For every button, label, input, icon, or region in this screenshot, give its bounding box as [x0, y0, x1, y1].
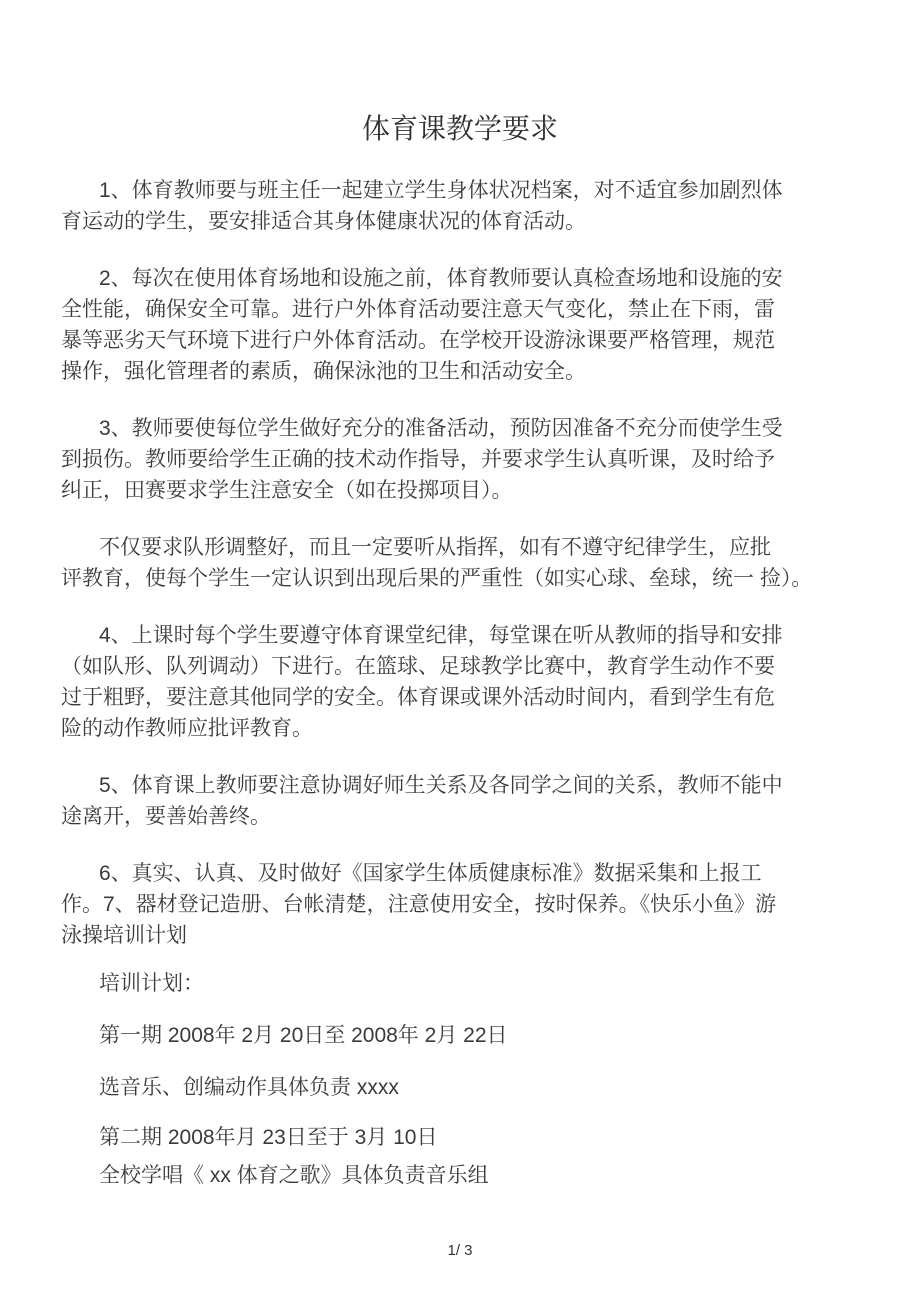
- body-paragraph-4: 不仅要求队形调整好，而且一定要听从指挥，如有不遵守纪律学生，应批 评教育，使每个…: [61, 532, 859, 594]
- body-paragraph-6: 5、体育课上教师要注意协调好师生关系及各同学之间的关系，教师不能中 途离开，要善…: [61, 770, 859, 832]
- training-plan-phase-1: 第一期 2008年 2月 20日至 2008年 2月 22日: [61, 1020, 859, 1051]
- body-paragraph-1: 1、体育教师要与班主任一起建立学生身体状况档案，对不适宜参加剧烈体 育运动的学生…: [61, 175, 859, 237]
- page-number: 1/ 3: [0, 1242, 920, 1259]
- body-paragraph-3: 3、教师要使每位学生做好充分的准备活动，预防因准备不充分而使学生受 到损伤。教师…: [61, 413, 859, 506]
- document-page: 体育课教学要求 1、体育教师要与班主任一起建立学生身体状况档案，对不适宜参加剧烈…: [0, 0, 920, 1303]
- body-paragraph-2: 2、每次在使用体育场地和设施之前，体育教师要认真检查场地和设施的安 全性能，确保…: [61, 263, 859, 387]
- training-plan-phase-1-detail: 选音乐、创编动作具体负责 xxxx: [61, 1072, 859, 1103]
- document-content: 体育课教学要求 1、体育教师要与班主任一起建立学生身体状况档案，对不适宜参加剧烈…: [0, 0, 920, 1191]
- document-title: 体育课教学要求: [61, 110, 859, 148]
- body-paragraph-5: 4、上课时每个学生要遵守体育课堂纪律，每堂课在听从教师的指导和安排 （如队形、队…: [61, 620, 859, 744]
- training-plan-heading: 培训计划：: [61, 968, 859, 999]
- body-paragraph-7: 6、真实、认真、及时做好《国家学生体质健康标准》数据采集和上报工 作。7、器材登…: [61, 858, 859, 951]
- training-plan-phase-2: 第二期 2008年月 23日至于 3月 10日: [61, 1122, 859, 1153]
- training-plan-phase-2-detail: 全校学唱《 xx 体育之歌》具体负责音乐组: [61, 1160, 859, 1191]
